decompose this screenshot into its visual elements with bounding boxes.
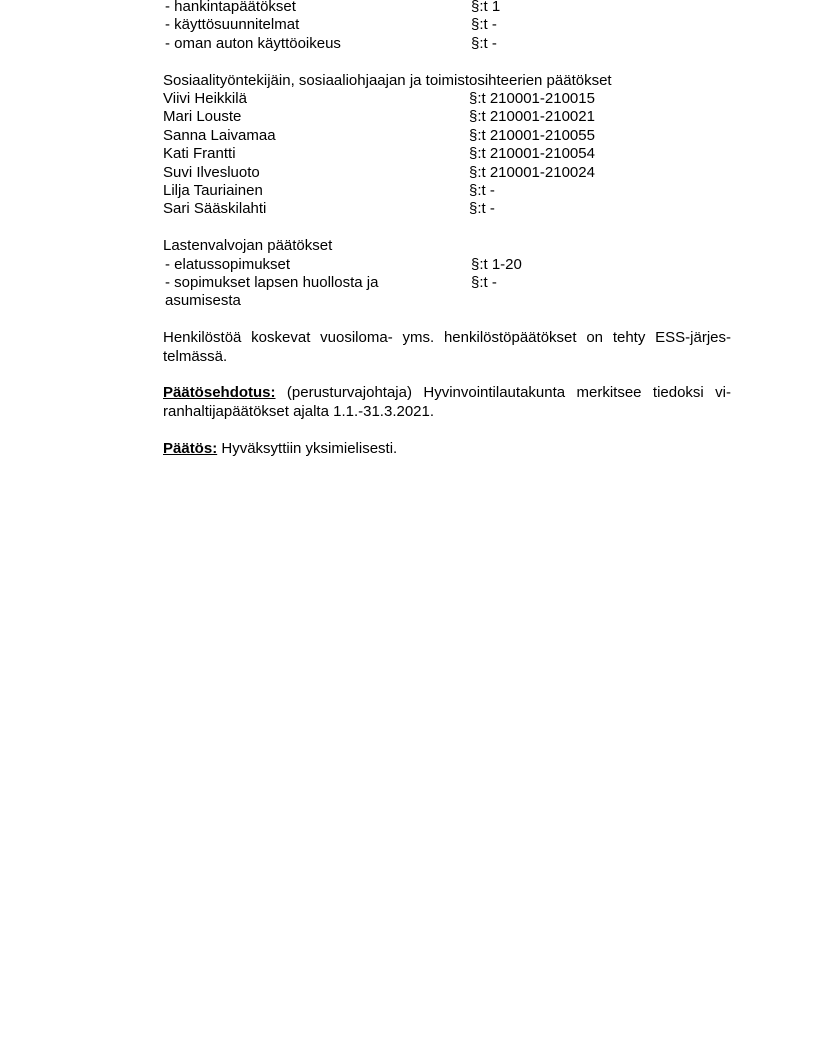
list-item: Mari Louste §:t 210001-210021 xyxy=(163,108,733,126)
section-heading-child-welfare: Lastenvalvojan päätökset xyxy=(163,237,733,255)
list-item: - hankintapäätökset §:t 1 xyxy=(163,0,733,16)
person-name: Lilja Tauriainen xyxy=(163,182,469,200)
list-item: - sopimukset lapsen huollosta ja asumise… xyxy=(163,274,733,311)
person-name: Suvi Ilvesluoto xyxy=(163,164,469,182)
person-name: Sari Sääskilahti xyxy=(163,200,469,218)
list-item: Sanna Laivamaa §:t 210001-210055 xyxy=(163,127,733,145)
list-item: - elatussopimukset §:t 1-20 xyxy=(163,256,733,274)
section-reference: §:t 210001-210021 xyxy=(469,108,595,126)
spacer xyxy=(163,219,733,237)
section-reference: §:t - xyxy=(469,182,495,200)
section-reference: §:t 210001-210055 xyxy=(469,127,595,145)
personnel-note: Henkilöstöä koskevat vuosiloma- yms. hen… xyxy=(163,329,731,366)
person-name: Sanna Laivamaa xyxy=(163,127,469,145)
decision: Päätös: Hyväksyttiin yksimielisesti. xyxy=(163,440,731,458)
proposal-keyword: Päätösehdotus: xyxy=(163,384,276,401)
item-label: - hankintapäätökset xyxy=(165,0,471,16)
section-reference: §:t 210001-210054 xyxy=(469,145,595,163)
person-name: Kati Frantti xyxy=(163,145,469,163)
item-label: - elatussopimukset xyxy=(165,256,471,274)
section-reference: §:t - xyxy=(469,200,495,218)
decision-text: Hyväksyttiin yksimielisesti. xyxy=(217,440,397,457)
list-item: Suvi Ilvesluoto §:t 210001-210024 xyxy=(163,164,733,182)
spacer xyxy=(163,366,733,384)
item-label: - oman auton käyttöoikeus xyxy=(165,35,471,53)
item-label: - käyttösuunnitelmat xyxy=(165,16,471,34)
list-item: - käyttösuunnitelmat §:t - xyxy=(163,16,733,34)
list-item: - oman auton käyttöoikeus §:t - xyxy=(163,35,733,53)
person-name: Viivi Heikkilä xyxy=(163,90,469,108)
section-reference: §:t 210001-210024 xyxy=(469,164,595,182)
spacer xyxy=(163,53,733,71)
list-item: Kati Frantti §:t 210001-210054 xyxy=(163,145,733,163)
item-label: - sopimukset lapsen huollosta ja asumise… xyxy=(165,274,405,311)
spacer xyxy=(163,311,733,329)
decision-proposal: Päätösehdotus: (perusturvajohtaja) Hyvin… xyxy=(163,384,731,421)
list-item: Lilja Tauriainen §:t - xyxy=(163,182,733,200)
section-reference: §:t - xyxy=(471,274,497,311)
list-item: Viivi Heikkilä §:t 210001-210015 xyxy=(163,90,733,108)
spacer xyxy=(163,421,733,439)
section-heading-social-workers: Sosiaalityöntekijäin, sosiaaliohjaajan j… xyxy=(163,72,733,90)
section-reference: §:t 1-20 xyxy=(471,256,522,274)
section-reference: §:t 1 xyxy=(471,0,500,16)
list-item: Sari Sääskilahti §:t - xyxy=(163,200,733,218)
person-name: Mari Louste xyxy=(163,108,469,126)
section-reference: §:t - xyxy=(471,35,497,53)
decision-keyword: Päätös: xyxy=(163,440,217,457)
section-reference: §:t - xyxy=(471,16,497,34)
section-reference: §:t 210001-210015 xyxy=(469,90,595,108)
document-page: - hankintapäätökset §:t 1 - käyttösuunni… xyxy=(163,0,733,458)
